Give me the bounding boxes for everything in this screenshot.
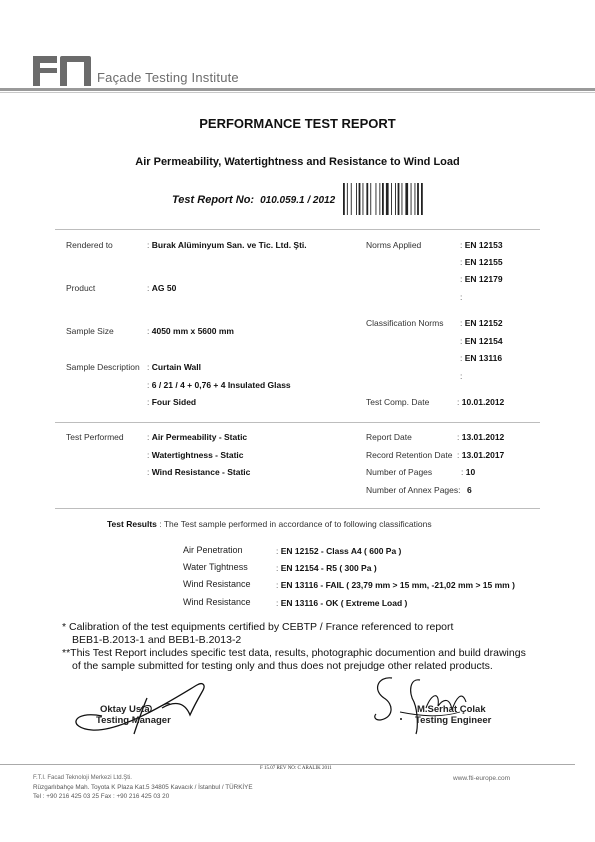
test-performed-value: : Watertightness - Static — [147, 450, 244, 460]
number-of-pages-label: Number of Pages — [366, 467, 432, 477]
report-date-label: Report Date — [366, 432, 412, 442]
footer-address: Rüzgarlıbahçe Mah. Toyota K Plaza Kat.5 … — [33, 784, 253, 791]
norm-applied-value: : EN 12155 — [460, 257, 503, 267]
norm-applied-value: : EN 12153 — [460, 240, 503, 250]
test-comp-date-value: : 10.01.2012 — [457, 397, 504, 407]
norm-applied-value: : — [460, 292, 462, 302]
header-divider-thin — [0, 92, 595, 93]
result-value: : EN 13116 - FAIL ( 23,79 mm > 15 mm, -2… — [276, 580, 515, 590]
report-date-value: : 13.01.2012 — [457, 432, 504, 442]
sample-description-value: : 6 / 21 / 4 + 0,76 + 4 Insulated Glass — [147, 380, 291, 390]
manager-name: Oktay Usta — [100, 704, 150, 715]
footer-divider — [0, 764, 575, 765]
form-code: F 15.07 REV NO: C ARALIK 2011 — [260, 766, 332, 771]
result-value: : EN 12152 - Class A4 ( 600 Pa ) — [276, 546, 401, 556]
product-label: Product — [66, 283, 95, 293]
result-label: Wind Resistance — [183, 597, 251, 607]
classification-norms-label: Classification Norms — [366, 318, 443, 328]
norms-applied-label: Norms Applied — [366, 240, 421, 250]
result-value: : EN 13116 - OK ( Extreme Load ) — [276, 598, 407, 608]
rendered-to-value: : Burak Alüminyum San. ve Tic. Ltd. Şti. — [147, 240, 307, 250]
scope-note: **This Test Report includes specific tes… — [62, 647, 526, 660]
section-divider — [55, 422, 540, 423]
barcode-icon — [343, 183, 448, 215]
classification-norm-value: : EN 12152 — [460, 318, 503, 328]
report-number-label: Test Report No: — [172, 194, 254, 206]
classification-norm-value: : EN 12154 — [460, 336, 503, 346]
result-label: Air Penetration — [183, 545, 243, 555]
product-value: : AG 50 — [147, 283, 176, 293]
report-title: PERFORMANCE TEST REPORT — [0, 116, 595, 131]
sample-description-value: : Four Sided — [147, 397, 196, 407]
manager-role: Testing Manager — [96, 715, 171, 726]
report-number-value: 010.059.1 / 2012 — [260, 195, 335, 206]
test-results-heading: Test Results : The Test sample performed… — [107, 519, 432, 529]
classification-norm-value: : EN 13116 — [460, 353, 502, 363]
record-retention-date-label: Record Retention Date — [366, 450, 452, 460]
number-of-pages-value: : 10 — [461, 467, 475, 477]
number-of-annex-pages-label: Number of Annex Pages: — [366, 485, 461, 495]
test-performed-label: Test Performed — [66, 432, 124, 442]
record-retention-date-value: : 13.01.2017 — [457, 450, 504, 460]
rendered-to-label: Rendered to — [66, 240, 113, 250]
report-number: Test Report No:010.059.1 / 2012 — [172, 194, 335, 206]
sample-size-label: Sample Size — [66, 326, 114, 336]
section-divider — [55, 508, 540, 509]
result-value: : EN 12154 - R5 ( 300 Pa ) — [276, 563, 377, 573]
institute-name: Façade Testing Institute — [97, 70, 239, 85]
sample-description-value: : Curtain Wall — [147, 362, 201, 372]
calibration-note: * Calibration of the test equipments cer… — [62, 621, 453, 634]
footer-company: F.T.I. Facad Teknoloji Merkezi Ltd.Şti. — [33, 775, 132, 781]
footer-phone: Tel : +90 216 425 03 25 Fax : +90 216 42… — [33, 793, 169, 800]
test-performed-value: : Air Permeability - Static — [147, 432, 247, 442]
result-label: Water Tightness — [183, 562, 248, 572]
test-performed-value: : Wind Resistance - Static — [147, 467, 250, 477]
number-of-annex-pages-value: 6 — [467, 485, 472, 495]
classification-norm-value: : — [460, 371, 462, 381]
test-comp-date-label: Test Comp. Date — [366, 397, 429, 407]
sample-size-value: : 4050 mm x 5600 mm — [147, 326, 234, 336]
engineer-role: Testing Engineer — [415, 715, 491, 726]
report-subtitle: Air Permeability, Watertightness and Res… — [0, 156, 595, 168]
header-divider — [0, 88, 595, 91]
section-divider — [55, 229, 540, 230]
sample-description-label: Sample Description — [66, 362, 140, 372]
result-label: Wind Resistance — [183, 579, 251, 589]
norm-applied-value: : EN 12179 — [460, 274, 503, 284]
fti-logo-icon — [33, 56, 91, 86]
engineer-name: M.Serhat Çolak — [417, 704, 486, 715]
footer-website-link[interactable]: www.fti-europe.com — [453, 775, 510, 782]
calibration-note-references: BEB1-B.2013-1 and BEB1-B.2013-2 — [72, 634, 241, 647]
